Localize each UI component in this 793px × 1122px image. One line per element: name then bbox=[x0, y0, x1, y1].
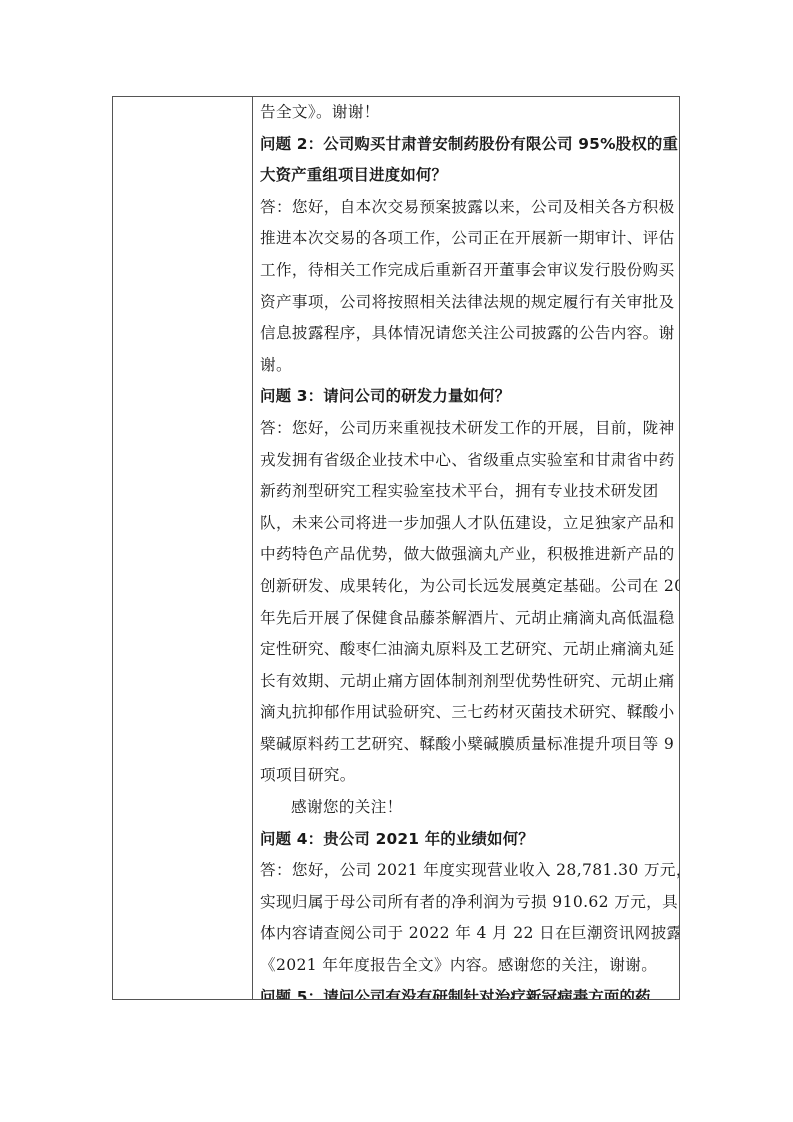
answer-text-line: 资产事项，公司将按照相关法律法规的规定履行有关审批及 bbox=[260, 287, 673, 319]
question-heading: 问题 3：请问公司的研发力量如何？ bbox=[260, 381, 673, 413]
answer-text-line: 感谢您的关注！ bbox=[260, 792, 673, 824]
answer-text-line: 队，未来公司将进一步加强人才队伍建设，立足独家产品和 bbox=[260, 508, 673, 540]
answer-text-line: 年先后开展了保健食品藤茶解酒片、元胡止痛滴丸高低温稳 bbox=[260, 603, 673, 635]
table-right-cell: 告全文》。谢谢！问题 2：公司购买甘肃普安制药股份有限公司 95%股权的重大资产… bbox=[254, 97, 679, 999]
answer-text-line: 创新研发、成果转化，为公司长远发展奠定基础。公司在 2021 bbox=[260, 571, 673, 603]
answer-text-line: 戎发拥有省级企业技术中心、省级重点实验室和甘肃省中药 bbox=[260, 445, 673, 477]
answer-text-line: 《2021 年年度报告全文》内容。感谢您的关注，谢谢。 bbox=[260, 950, 673, 982]
answer-text-line: 推进本次交易的各项工作，公司正在开展新一期审计、评估 bbox=[260, 223, 673, 255]
answer-text-line: 信息披露程序，具体情况请您关注公司披露的公告内容。谢 bbox=[260, 318, 673, 350]
answer-text-line: 定性研究、酸枣仁油滴丸原料及工艺研究、元胡止痛滴丸延 bbox=[260, 634, 673, 666]
answer-text-line: 实现归属于母公司所有者的净利润为亏损 910.62 万元，具 bbox=[260, 887, 673, 919]
answer-text-line: 项项目研究。 bbox=[260, 760, 673, 792]
answer-text-line: 檗碱原料药工艺研究、鞣酸小檗碱膜质量标准提升项目等 9 bbox=[260, 729, 673, 761]
qa-table: 告全文》。谢谢！问题 2：公司购买甘肃普安制药股份有限公司 95%股权的重大资产… bbox=[112, 96, 680, 1000]
question-heading: 大资产重组项目进度如何？ bbox=[260, 160, 673, 192]
answer-text-line: 长有效期、元胡止痛方固体制剂剂型优势性研究、元胡止痛 bbox=[260, 666, 673, 698]
table-left-cell bbox=[113, 97, 253, 999]
answer-text-line: 答：您好，公司历来重视技术研发工作的开展，目前，陇神 bbox=[260, 413, 673, 445]
question-heading: 问题 4：贵公司 2021 年的业绩如何？ bbox=[260, 824, 673, 856]
answer-text-line: 告全文》。谢谢！ bbox=[260, 97, 673, 129]
answer-text-line: 体内容请查阅公司于 2022 年 4 月 22 日在巨潮资讯网披露的 bbox=[260, 918, 673, 950]
answer-text-line: 答：您好，自本次交易预案披露以来，公司及相关各方积极 bbox=[260, 192, 673, 224]
answer-text-line: 答：您好，公司 2021 年度实现营业收入 28,781.30 万元， bbox=[260, 855, 673, 887]
answer-text-line: 滴丸抗抑郁作用试验研究、三七药材灭菌技术研究、鞣酸小 bbox=[260, 697, 673, 729]
question-heading: 问题 2：公司购买甘肃普安制药股份有限公司 95%股权的重 bbox=[260, 129, 673, 161]
answer-text-line: 新药剂型研究工程实验室技术平台，拥有专业技术研发团 bbox=[260, 476, 673, 508]
answer-text-line: 工作，待相关工作完成后重新召开董事会审议发行股份购买 bbox=[260, 255, 673, 287]
question-heading: 问题 5：请问公司有没有研制针对治疗新冠病毒方面的药 bbox=[260, 982, 673, 999]
answer-text-line: 谢。 bbox=[260, 350, 673, 382]
answer-text-line: 中药特色产品优势，做大做强滴丸产业，积极推进新产品的 bbox=[260, 539, 673, 571]
